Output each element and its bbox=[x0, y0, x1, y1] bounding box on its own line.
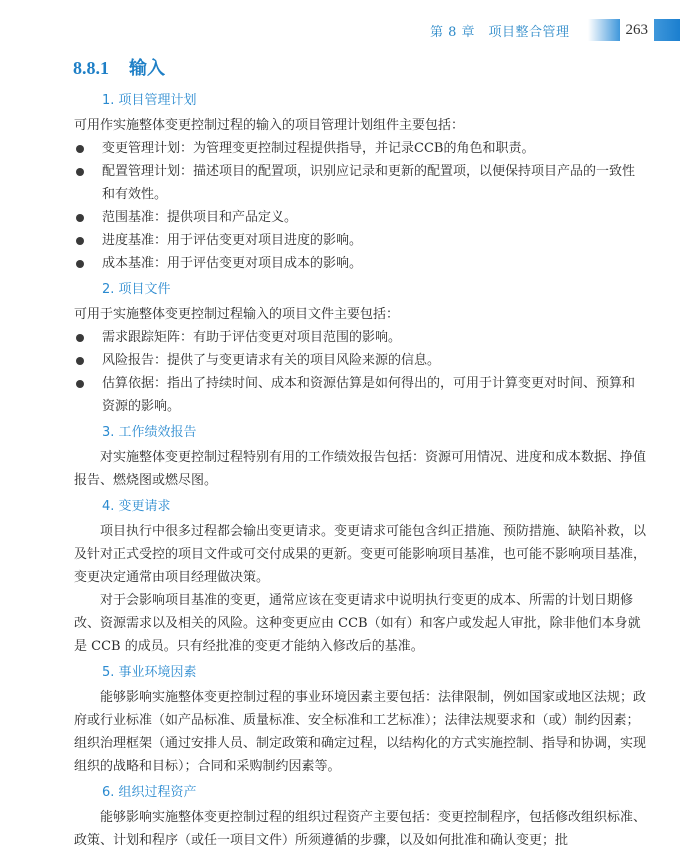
bullet-list: 变更管理计划：为管理变更控制过程提供指导，并记录CCB的角色和职责。 配置管理计… bbox=[74, 137, 646, 275]
list-item: 估算依据：指出了持续时间、成本和资源估算是如何得出的，可用于计算变更对时间、预算… bbox=[74, 372, 646, 418]
paragraph: 项目执行中很多过程都会输出变更请求。变更请求可能包含纠正措施、预防措施、缺陷补救… bbox=[74, 520, 646, 589]
subsection-heading: 1. 项目管理计划 bbox=[102, 88, 646, 114]
subsection-heading: 2. 项目文件 bbox=[102, 277, 646, 303]
list-item: 风险报告：提供了与变更请求有关的项目风险来源的信息。 bbox=[74, 349, 646, 372]
list-item: 进度基准：用于评估变更对项目进度的影响。 bbox=[74, 229, 646, 252]
paragraph: 可用作实施整体变更控制过程的输入的项目管理计划组件主要包括： bbox=[74, 114, 646, 137]
header-tab-bar bbox=[654, 19, 680, 41]
list-item: 变更管理计划：为管理变更控制过程提供指导，并记录CCB的角色和职责。 bbox=[74, 137, 646, 160]
subsection-heading: 6. 组织过程资产 bbox=[102, 780, 646, 806]
list-item: 需求跟踪矩阵：有助于评估变更对项目范围的影响。 bbox=[74, 326, 646, 349]
bullet-icon bbox=[76, 380, 84, 388]
subsection-heading: 3. 工作绩效报告 bbox=[102, 420, 646, 446]
page-number: 263 bbox=[620, 22, 655, 39]
section-title: 8.8.1输入 bbox=[73, 54, 165, 80]
paragraph: 对于会影响项目基准的变更，通常应该在变更请求中说明执行变更的成本、所需的计划日期… bbox=[74, 589, 646, 658]
bullet-icon bbox=[76, 168, 84, 176]
subsection-heading: 4. 变更请求 bbox=[102, 494, 646, 520]
list-item: 配置管理计划：描述项目的配置项，识别应记录和更新的配置项，以便保持项目产品的一致… bbox=[74, 160, 646, 206]
list-item: 范围基准：提供项目和产品定义。 bbox=[74, 206, 646, 229]
bullet-icon bbox=[76, 145, 84, 153]
paragraph: 对实施整体变更控制过程特别有用的工作绩效报告包括：资源可用情况、进度和成本数据、… bbox=[74, 446, 646, 492]
paragraph: 能够影响实施整体变更控制过程的组织过程资产主要包括：变更控制程序，包括修改组织标… bbox=[74, 806, 646, 852]
bullet-icon bbox=[76, 260, 84, 268]
header-gradient-bar bbox=[588, 19, 620, 41]
subsection-heading: 5. 事业环境因素 bbox=[102, 660, 646, 686]
bullet-icon bbox=[76, 334, 84, 342]
section-heading: 输入 bbox=[129, 58, 165, 78]
running-header: 第 8 章 项目整合管理 263 bbox=[430, 14, 680, 46]
bullet-list: 需求跟踪矩阵：有助于评估变更对项目范围的影响。 风险报告：提供了与变更请求有关的… bbox=[74, 326, 646, 418]
section-number: 8.8.1 bbox=[73, 58, 109, 78]
list-item: 成本基准：用于评估变更对项目成本的影响。 bbox=[74, 252, 646, 275]
bullet-icon bbox=[76, 214, 84, 222]
chapter-label: 第 8 章 项目整合管理 bbox=[430, 21, 570, 40]
paragraph: 能够影响实施整体变更控制过程的事业环境因素主要包括：法律限制，例如国家或地区法规… bbox=[74, 686, 646, 778]
paragraph: 可用于实施整体变更控制过程输入的项目文件主要包括： bbox=[74, 303, 646, 326]
bullet-icon bbox=[76, 357, 84, 365]
page-body: 1. 项目管理计划 可用作实施整体变更控制过程的输入的项目管理计划组件主要包括：… bbox=[74, 88, 646, 852]
bullet-icon bbox=[76, 237, 84, 245]
